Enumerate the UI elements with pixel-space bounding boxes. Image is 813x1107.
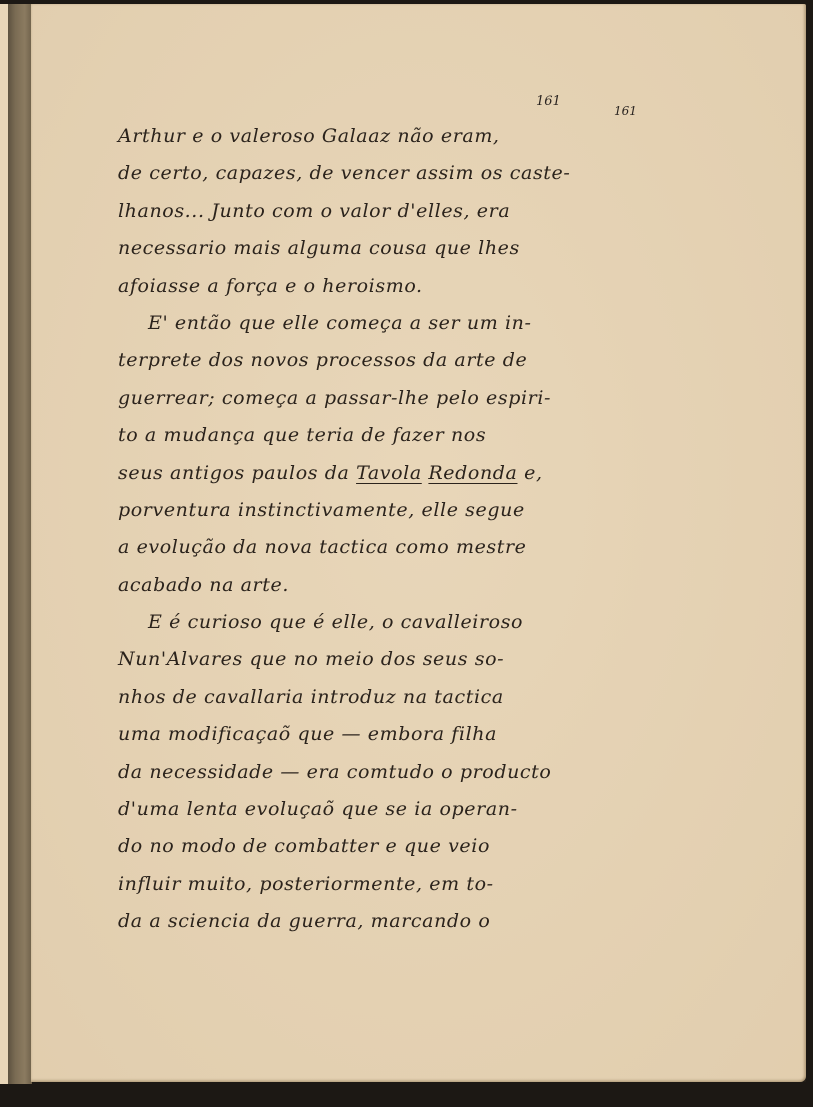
text-line-with-underline: seus antigos paulos da Tavola Redonda e, [118, 455, 588, 492]
text-segment: e, [518, 462, 543, 484]
text-line: de certo, capazes, de vencer assim os ca… [118, 155, 588, 192]
manuscript-text: Arthur e o valeroso Galaaz não eram, de … [118, 118, 588, 941]
text-line: acabado na arte. [118, 567, 588, 604]
text-line: porventura instinctivamente, elle segue [118, 492, 588, 529]
text-line: Nun'Alvares que no meio dos seus so- [118, 641, 588, 678]
text-line: Arthur e o valeroso Galaaz não eram, [118, 118, 588, 155]
text-line: da necessidade — era comtudo o producto [118, 754, 588, 791]
text-line: da a sciencia da guerra, marcando o [118, 903, 588, 940]
paragraph-start-line: E é curioso que é elle, o cavalleiroso [118, 604, 588, 641]
text-line: lhanos... Junto com o valor d'elles, era [118, 193, 588, 230]
text-line: a evolução da nova tactica como mestre [118, 529, 588, 566]
page-number: 161 [536, 94, 561, 109]
underlined-word-tavola: Tavola [356, 462, 422, 484]
text-line: to a mudança que teria de fazer nos [118, 417, 588, 454]
scan-background: 161 161 Arthur e o valeroso Galaaz não e… [0, 0, 813, 1107]
text-line: terprete dos novos processos da arte de [118, 342, 588, 379]
text-line: necessario mais alguma cousa que lhes [118, 230, 588, 267]
text-line: influir muito, posteriormente, em to- [118, 866, 588, 903]
text-line: uma modificaçaõ que — embora filha [118, 716, 588, 753]
paragraph-start-line: E' então que elle começa a ser um in- [118, 305, 588, 342]
text-line: do no modo de combatter e que veio [118, 828, 588, 865]
book-gutter [8, 4, 32, 1084]
text-segment: seus antigos paulos da [118, 462, 356, 484]
text-line: d'uma lenta evoluçaõ que se ia operan- [118, 791, 588, 828]
page-number-stamp: 161 [614, 104, 637, 118]
text-line: nhos de cavallaria introduz na tactica [118, 679, 588, 716]
text-line: afoiasse a força e o heroismo. [118, 268, 588, 305]
underlined-word-redonda: Redonda [428, 462, 517, 484]
text-line: guerrear; começa a passar-lhe pelo espir… [118, 380, 588, 417]
